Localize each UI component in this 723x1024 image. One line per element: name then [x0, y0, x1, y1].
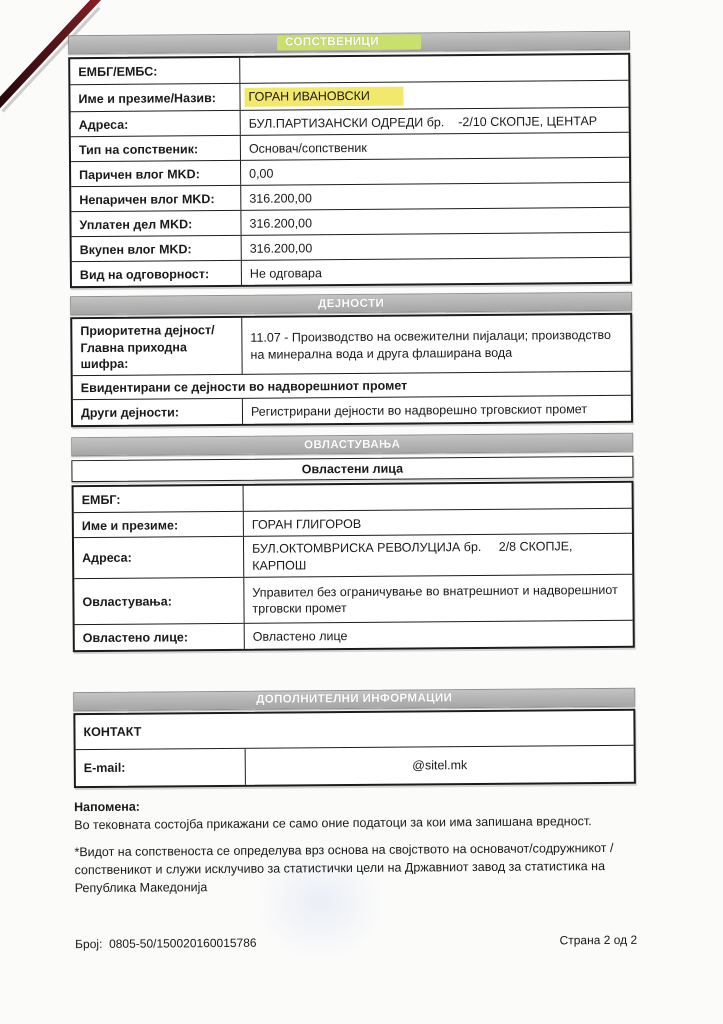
evidence-row-text: Евидентирани се дејности во надворешниот…	[73, 372, 631, 400]
notes-heading: Напомена:	[74, 799, 140, 814]
scanned-document-page: { "colors":{ "header_bar":"#b3b3b3", "hi…	[0, 0, 723, 1024]
authorizations-section-title: ОВЛАСТУВАЊА	[304, 438, 400, 451]
document-content: СОПСТВЕНИЦИ ЕМБГ/ЕМБС: Име и презиме/Наз…	[68, 31, 637, 952]
row-label: Вкупен влог MKD:	[72, 236, 242, 261]
row-value: 11.07 - Производство на освежителни пија…	[242, 315, 630, 374]
notes-footnote: *Видот на сопственоста се определува врз…	[74, 839, 636, 898]
activities-table: Приоритетна дејност/ Главна приходна шиф…	[70, 313, 633, 427]
row-value: БУЛ.ПАРТИЗАНСКИ ОДРЕДИ бр. -2/10 СКОПЈЕ,…	[241, 108, 629, 135]
table-row: Непаричен влог MKD: 316.200,00	[71, 182, 629, 211]
document-number-label: Број:	[75, 937, 102, 951]
table-row: Евидентирани се дејности во надворешниот…	[73, 371, 631, 400]
row-label: Вид на одговорност:	[72, 261, 242, 286]
row-label: Име и презиме:	[74, 512, 244, 537]
table-row: Адреса: БУЛ.ПАРТИЗАНСКИ ОДРЕДИ бр. -2/10…	[71, 107, 629, 136]
table-row: Име и презиме/Назив: ГОРАН ИВАНОВСКИ	[70, 80, 628, 112]
row-label: ЕМБГ:	[74, 486, 244, 512]
row-value: Основач/сопственик	[241, 133, 629, 160]
page-indicator: Страна 2 од 2	[560, 933, 638, 948]
row-label: Адреса:	[71, 111, 241, 136]
row-label: Овластувања:	[74, 578, 244, 624]
table-row: Овластувања: Управител без ограничување …	[74, 574, 632, 624]
table-row: Име и презиме: ГОРАН ГЛИГОРОВ	[74, 508, 632, 537]
row-value: ГОРАН ГЛИГОРОВ	[244, 509, 632, 536]
document-number: Број: 0805-50/150020160015786	[75, 936, 256, 951]
row-label: Име и презиме/Назив:	[70, 84, 240, 112]
activities-header-bar: ДЕЈНОСТИ	[70, 292, 632, 315]
authorizations-header-bar: ОВЛАСТУВАЊА	[71, 433, 633, 456]
row-label: ЕМБГ/ЕМБС:	[70, 58, 240, 84]
row-value: Овластено лице	[245, 621, 633, 649]
table-row: Други дејности: Регистрирани дејности во…	[73, 395, 631, 425]
table-row: Уплатен дел MKD: 316.200,00	[71, 207, 629, 236]
additional-info-table: КОНТАКТ E-mail: @sitel.mk	[73, 709, 636, 788]
section-owners: СОПСТВЕНИЦИ ЕМБГ/ЕМБС: Име и презиме/Наз…	[68, 31, 632, 289]
owners-section-title: СОПСТВЕНИЦИ	[277, 34, 421, 50]
activities-section-title: ДЕЈНОСТИ	[318, 297, 384, 310]
row-label: Адреса:	[74, 537, 244, 578]
document-number-value: 0805-50/150020160015786	[109, 936, 257, 951]
row-value: Управител без ограничување во внатрешнио…	[244, 575, 632, 623]
table-row: Овластено лице: Овластено лице	[75, 620, 633, 650]
row-label: Овластено лице:	[75, 624, 245, 650]
additional-info-section-title: ДОПОЛНИТЕЛНИ ИНФОРМАЦИИ	[256, 692, 452, 706]
table-row: ЕМБГ/ЕМБС:	[70, 55, 628, 84]
owners-table: ЕМБГ/ЕМБС: Име и презиме/Назив: ГОРАН ИВ…	[68, 53, 632, 289]
table-row: Вкупен влог MKD: 316.200,00	[72, 232, 630, 261]
contact-row-label: КОНТАКТ	[75, 711, 633, 749]
email-value: @sitel.mk	[246, 746, 634, 785]
row-label: Други дејности:	[73, 399, 243, 425]
row-value: 316.200,00	[241, 183, 629, 210]
table-row: Приоритетна дејност/ Главна приходна шиф…	[72, 315, 630, 375]
highlighted-owner-name: ГОРАН ИВАНОВСКИ	[244, 87, 403, 108]
owners-header-bar: СОПСТВЕНИЦИ	[68, 31, 630, 54]
row-label: Уплатен дел MKD:	[71, 211, 241, 236]
table-row: Вид на одговорност: Не одговара	[72, 257, 630, 286]
notes-line1: Во тековната состојба прикажани се само …	[74, 814, 592, 832]
row-label: E-mail:	[76, 749, 246, 786]
table-row: Тип на сопственик: Основач/сопственик	[71, 132, 629, 161]
notes-block: Напомена:Во тековната состојба прикажани…	[74, 794, 637, 898]
row-value: ГОРАН ИВАНОВСКИ	[240, 81, 628, 110]
table-row: Паричен влог MKD: 0,00	[71, 157, 629, 186]
section-additional-info: ДОПОЛНИТЕЛНИ ИНФОРМАЦИИ КОНТАКТ E-mail: …	[73, 688, 636, 788]
row-value: 316.200,00	[241, 208, 629, 235]
row-label: Паричен влог MKD:	[71, 161, 241, 186]
authorizations-table: ЕМБГ: Име и презиме: ГОРАН ГЛИГОРОВ Адре…	[72, 481, 635, 652]
row-value	[244, 483, 632, 511]
row-label: Тип на сопственик:	[71, 136, 241, 161]
row-value: Регистрирани дејности во надворешно трго…	[243, 396, 631, 424]
table-row: КОНТАКТ	[75, 711, 633, 749]
page-footer: Број: 0805-50/150020160015786 Страна 2 о…	[75, 933, 637, 951]
authorized-persons-subheader: Овластени лица	[71, 456, 633, 482]
section-authorizations: ОВЛАСТУВАЊА Овластени лица ЕМБГ: Име и п…	[71, 433, 635, 652]
row-value: 316.200,00	[242, 233, 630, 260]
row-value: Не одговара	[242, 258, 630, 285]
authorized-persons-title: Овластени лица	[302, 462, 403, 477]
row-value: 0,00	[241, 158, 629, 185]
row-value: БУЛ.ОКТОМВРИСКА РЕВОЛУЦИЈА бр. 2/8 СКОПЈ…	[244, 534, 632, 577]
row-label: Непаричен влог MKD:	[71, 186, 241, 211]
section-activities: ДЕЈНОСТИ Приоритетна дејност/ Главна при…	[70, 292, 633, 427]
row-label: Приоритетна дејност/ Главна приходна шиф…	[72, 318, 242, 375]
table-row: E-mail: @sitel.mk	[76, 745, 634, 786]
row-value	[240, 55, 628, 83]
table-row: Адреса: БУЛ.ОКТОМВРИСКА РЕВОЛУЦИЈА бр. 2…	[74, 533, 632, 578]
notes-paragraph: Напомена:Во тековната состојба прикажани…	[74, 794, 636, 835]
additional-info-header-bar: ДОПОЛНИТЕЛНИ ИНФОРМАЦИИ	[73, 688, 635, 711]
table-row: ЕМБГ:	[74, 483, 632, 512]
